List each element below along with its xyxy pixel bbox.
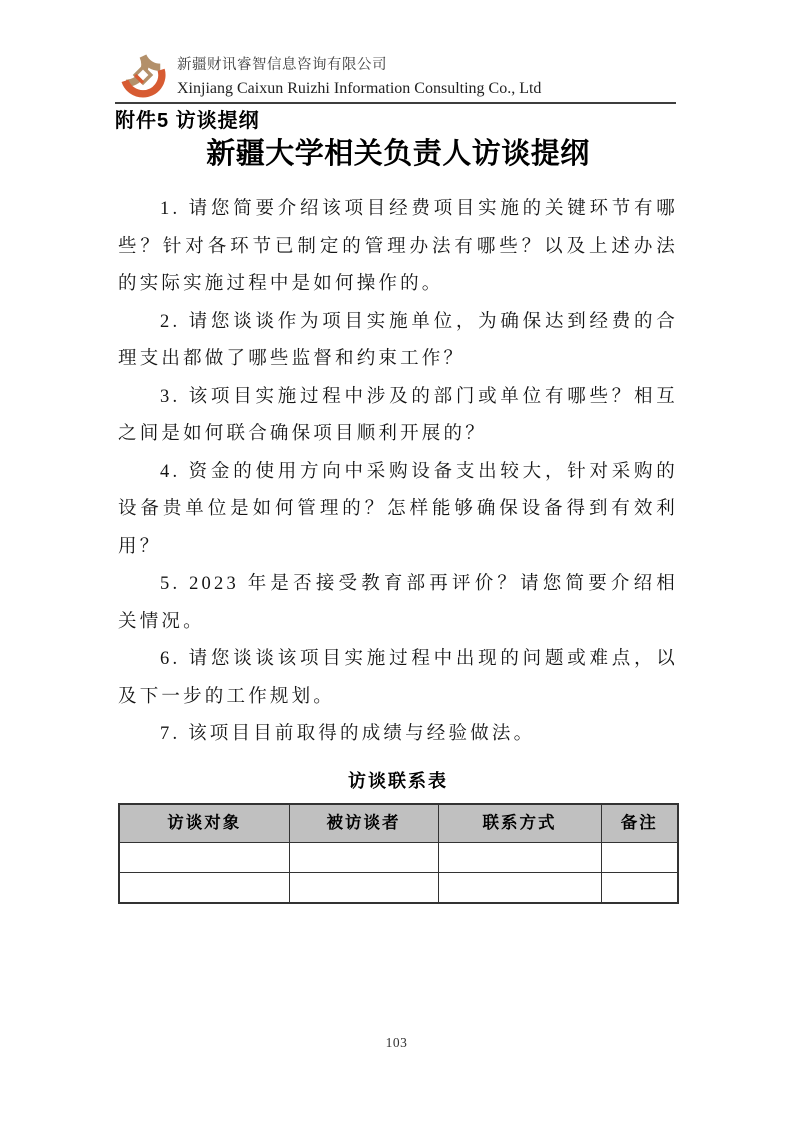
column-header-remarks: 备注 [601, 804, 678, 843]
question-list: 1. 请您简要介绍该项目经费项目实施的关键环节有哪些？针对各环节已制定的管理办法… [118, 191, 678, 904]
table-row [119, 843, 678, 873]
company-logo-icon [119, 52, 167, 98]
table-cell [601, 843, 678, 873]
table-cell [119, 843, 289, 873]
question-paragraph-6: 6. 请您谈谈该项目实施过程中出现的问题或难点，以及下一步的工作规划。 [118, 641, 678, 716]
table-cell [289, 843, 438, 873]
table-cell [289, 873, 438, 903]
document-page: 新疆财讯睿智信息咨询有限公司 Xinjiang Caixun Ruizhi In… [0, 0, 793, 1122]
document-title: 新疆大学相关负责人访谈提纲 [118, 132, 678, 176]
table-title: 访谈联系表 [118, 768, 678, 794]
question-paragraph-5: 5. 2023 年是否接受教育部再评价？请您简要介绍相关情况。 [118, 566, 678, 641]
column-header-contact-method: 联系方式 [438, 804, 601, 843]
table-cell [438, 843, 601, 873]
question-paragraph-7: 7. 该项目目前取得的成绩与经验做法。 [118, 716, 678, 754]
table-cell [601, 873, 678, 903]
column-header-interviewee: 被访谈者 [289, 804, 438, 843]
page-number: 103 [0, 1035, 793, 1051]
company-name-en: Xinjiang Caixun Ruizhi Information Consu… [177, 77, 541, 100]
column-header-interview-target: 访谈对象 [119, 804, 289, 843]
company-name-zh: 新疆财讯睿智信息咨询有限公司 [177, 53, 541, 77]
question-paragraph-3: 3. 该项目实施过程中涉及的部门或单位有哪些？相互之间是如何联合确保项目顺利开展… [118, 379, 678, 454]
table-cell [438, 873, 601, 903]
table-header-row: 访谈对象 被访谈者 联系方式 备注 [119, 804, 678, 843]
question-paragraph-1: 1. 请您简要介绍该项目经费项目实施的关键环节有哪些？针对各环节已制定的管理办法… [118, 191, 678, 304]
contact-table: 访谈对象 被访谈者 联系方式 备注 [118, 803, 679, 904]
question-paragraph-2: 2. 请您谈谈作为项目实施单位，为确保达到经费的合理支出都做了哪些监督和约束工作… [118, 304, 678, 379]
question-paragraph-4: 4. 资金的使用方向中采购设备支出较大，针对采购的设备贵单位是如何管理的？怎样能… [118, 454, 678, 567]
table-row [119, 873, 678, 903]
header-divider [115, 102, 676, 104]
table-cell [119, 873, 289, 903]
company-names: 新疆财讯睿智信息咨询有限公司 Xinjiang Caixun Ruizhi In… [177, 53, 541, 100]
